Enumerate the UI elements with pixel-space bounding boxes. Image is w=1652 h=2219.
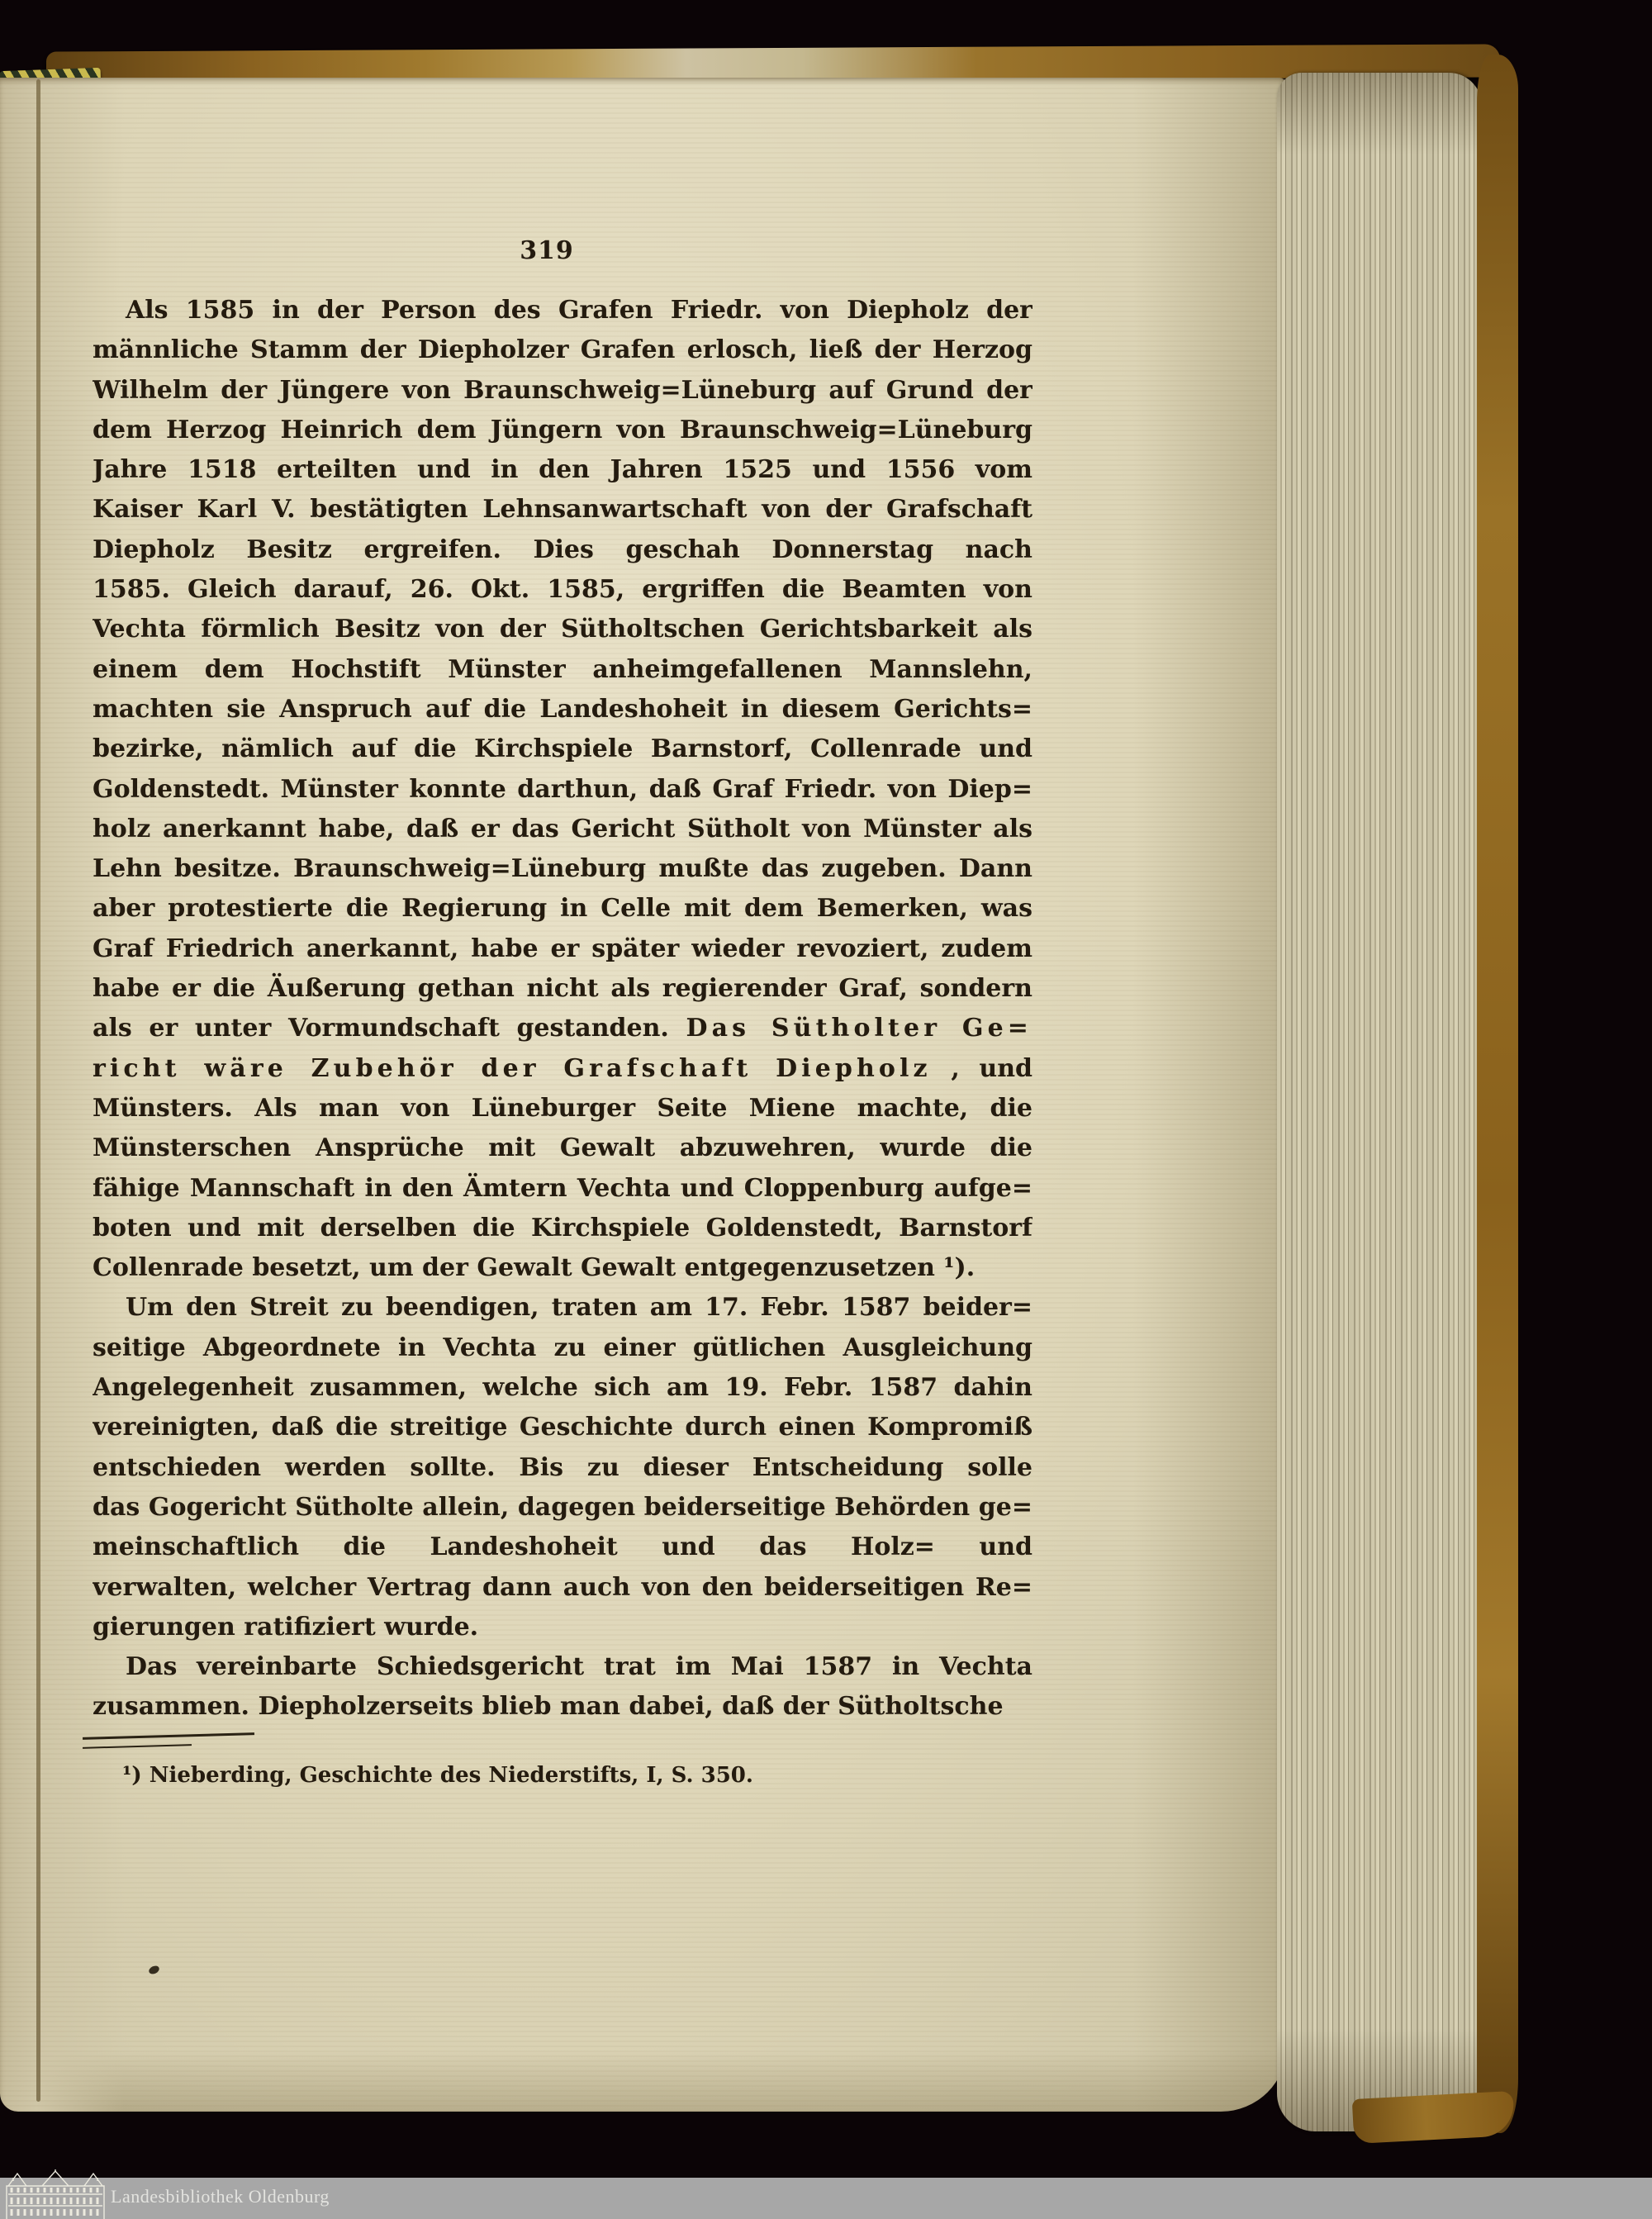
cover-board-corner: [1352, 2091, 1516, 2144]
page-stack-fore-edge: [1277, 73, 1482, 2131]
cover-board-edge: [1477, 55, 1518, 2133]
text-line: meinschaftlich die Landeshoheit und das …: [93, 1528, 1032, 1567]
text-line: Münsterschen Ansprüche mit Gewalt abzuwe…: [93, 1129, 1032, 1168]
text-segment: das Gogericht Sütholte allein, dagegen b…: [93, 1493, 1032, 1522]
library-building-icon: [5, 2169, 106, 2219]
text-line: vereinigten, daß die streitige Geschicht…: [93, 1408, 1032, 1447]
text-segment: seitige Abgeordnete in Vechta zu einer g…: [93, 1333, 1032, 1368]
text-line: Münsters. Als man von Lüneburger Seite M…: [93, 1089, 1032, 1129]
book-scan: 319 Als 1585 in der Person des Grafen Fr…: [0, 0, 1652, 2219]
text-line: verwalten, welcher Vertrag dann auch von…: [93, 1568, 1032, 1608]
text-segment: meinschaftlich die Landeshoheit und das …: [93, 1532, 1032, 1567]
text-segment: machten sie Anspruch auf die Landeshohei…: [93, 695, 1032, 724]
text-segment: Das vereinbarte Schiedsgericht trat im M…: [126, 1652, 1032, 1681]
text-line: habe er die Äußerung gethan nicht als re…: [93, 969, 1032, 1009]
letterspaced-text: Das Sütholter Ge=: [686, 1014, 1033, 1043]
text-segment: boten und mit derselben die Kirchspiele …: [93, 1214, 1032, 1248]
page-text: Als 1585 in der Person des Grafen Friedr…: [93, 291, 1032, 1727]
text-segment: vereinigten, daß die streitige Geschicht…: [93, 1413, 1032, 1442]
text-line: 1585. Gleich darauf, 26. Okt. 1585, ergr…: [93, 570, 1032, 610]
text-segment: männliche Stamm der Diepholzer Grafen er…: [93, 335, 1032, 364]
library-name: Landesbibliothek Oldenburg: [111, 2186, 330, 2207]
text-segment: habe er die Äußerung gethan nicht als re…: [93, 974, 1032, 1003]
text-line: seitige Abgeordnete in Vechta zu einer g…: [93, 1328, 1032, 1368]
text-line: boten und mit derselben die Kirchspiele …: [93, 1209, 1032, 1248]
text-segment: fähige Mannschaft in den Ämtern Vechta u…: [93, 1174, 1032, 1203]
text-line: zusammen. Diepholzerseits blieb man dabe…: [93, 1687, 1032, 1727]
text-segment: aber protestierte die Regierung in Celle…: [93, 894, 1032, 923]
text-segment: holz anerkannt habe, daß er das Gericht …: [93, 815, 1032, 843]
text-line: machten sie Anspruch auf die Landeshohei…: [93, 690, 1032, 729]
text-segment: Münsterschen Ansprüche mit Gewalt abzuwe…: [93, 1133, 1032, 1168]
text-line: gierungen ratifiziert wurde.: [93, 1608, 1032, 1647]
text-line: das Gogericht Sütholte allein, dagegen b…: [93, 1488, 1032, 1528]
text-line: Als 1585 in der Person des Grafen Friedr…: [93, 291, 1032, 330]
text-segment: Collenrade besetzt, um der Gewalt Gewalt…: [93, 1253, 975, 1282]
text-segment: Um den Streit zu beendigen, traten am 17…: [126, 1293, 1032, 1322]
text-line: richt wäre Zubehör der Grafschaft Diepho…: [93, 1049, 1032, 1089]
text-segment: verwalten, welcher Vertrag dann auch von…: [93, 1573, 1032, 1602]
letterspaced-text: richt wäre Zubehör der Grafschaft Diepho…: [93, 1054, 932, 1083]
text-segment: Münsters. Als man von Lüneburger Seite M…: [93, 1094, 1032, 1123]
text-segment: 1585. Gleich darauf, 26. Okt. 1585, ergr…: [93, 575, 1032, 604]
footnote-text: ¹) Nieberding, Geschichte des Niederstif…: [122, 1756, 1031, 1794]
text-segment: bezirke, nämlich auf die Kirchspiele Bar…: [93, 734, 1032, 769]
text-line: Graf Friedrich anerkannt, habe er später…: [93, 929, 1032, 969]
text-segment: einem dem Hochstift Münster anheimgefall…: [93, 655, 1032, 690]
text-segment: Jahre 1518 erteilten und in den Jahren 1…: [93, 455, 1032, 484]
text-line: Vechta förmlich Besitz von der Sütholtsc…: [93, 610, 1032, 649]
page-gutter-shadow: [36, 79, 40, 2102]
text-line: Lehn besitze. Braunschweig=Lüneburg mußt…: [93, 849, 1032, 889]
text-segment: Vechta förmlich Besitz von der Sütholtsc…: [93, 615, 1032, 644]
text-line: Um den Streit zu beendigen, traten am 17…: [93, 1288, 1032, 1328]
text-line: entschieden werden sollte. Bis zu dieser…: [93, 1448, 1032, 1488]
text-segment: Graf Friedrich anerkannt, habe er später…: [93, 934, 1032, 963]
text-line: bezirke, nämlich auf die Kirchspiele Bar…: [93, 729, 1032, 769]
text-line: Kaiser Karl V. bestätigten Lehnsanwartsc…: [93, 490, 1032, 530]
text-segment: gierungen ratifiziert wurde.: [93, 1613, 478, 1642]
text-line: Das vereinbarte Schiedsgericht trat im M…: [93, 1647, 1032, 1687]
text-segment: Diepholz Besitz ergreifen. Dies geschah …: [93, 535, 1032, 570]
page-number: 319: [93, 236, 1001, 265]
text-line: aber protestierte die Regierung in Celle…: [93, 889, 1032, 929]
text-segment: Wilhelm der Jüngere von Braunschweig=Lün…: [93, 376, 1032, 405]
text-segment: Als 1585 in der Person des Grafen Friedr…: [126, 296, 1032, 325]
text-segment: Kaiser Karl V. bestätigten Lehnsanwartsc…: [93, 495, 1032, 524]
text-segment: Lehn besitze. Braunschweig=Lüneburg mußt…: [93, 854, 1032, 883]
text-segment: entschieden werden sollte. Bis zu dieser…: [93, 1453, 1032, 1488]
text-line: einem dem Hochstift Münster anheimgefall…: [93, 650, 1032, 690]
text-line: Diepholz Besitz ergreifen. Dies geschah …: [93, 530, 1032, 570]
text-line: Wilhelm der Jüngere von Braunschweig=Lün…: [93, 371, 1032, 411]
text-line: als er unter Vormundschaft gestanden. Da…: [93, 1009, 1032, 1048]
text-line: Goldenstedt. Münster konnte darthun, daß…: [93, 770, 1032, 810]
text-segment: dem Herzog Heinrich dem Jüngern von Brau…: [93, 416, 1032, 450]
text-line: Angelegenheit zusammen, welche sich am 1…: [93, 1368, 1032, 1408]
text-line: holz anerkannt habe, daß er das Gericht …: [93, 810, 1032, 849]
text-segment: Goldenstedt. Münster konnte darthun, daß…: [93, 775, 1032, 804]
text-line: Collenrade besetzt, um der Gewalt Gewalt…: [93, 1248, 1032, 1288]
text-segment: Angelegenheit zusammen, welche sich am 1…: [93, 1373, 1032, 1402]
text-line: männliche Stamm der Diepholzer Grafen er…: [93, 330, 1032, 370]
text-line: dem Herzog Heinrich dem Jüngern von Brau…: [93, 411, 1032, 450]
text-line: fähige Mannschaft in den Ämtern Vechta u…: [93, 1169, 1032, 1209]
text-line: Jahre 1518 erteilten und in den Jahren 1…: [93, 450, 1032, 490]
text-segment: als er unter Vormundschaft gestanden.: [93, 1014, 686, 1043]
text-segment: zusammen. Diepholzerseits blieb man dabe…: [93, 1692, 1004, 1721]
